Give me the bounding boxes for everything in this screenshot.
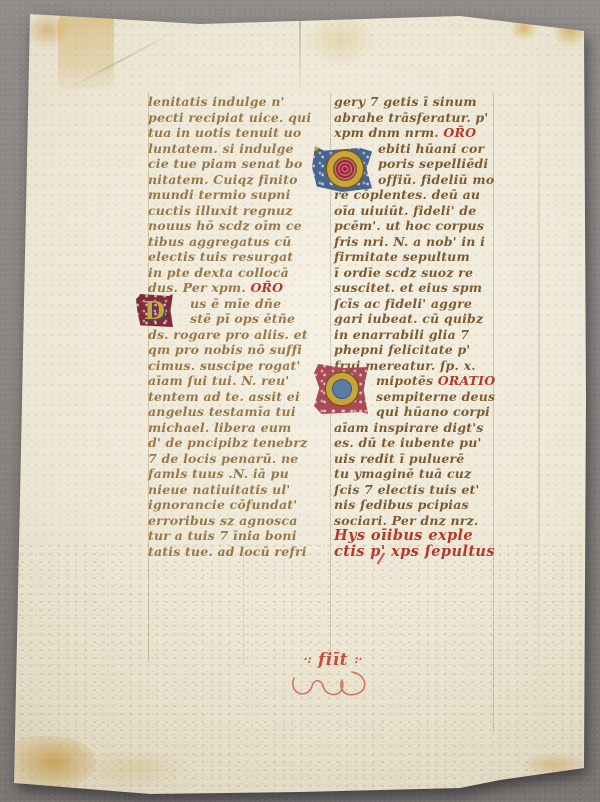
manuscript-line: michael. libera eum xyxy=(148,420,330,436)
manuscript-line: gery 7 getis ī sinum xyxy=(334,94,516,110)
body-text: cie tue piam senat bo xyxy=(148,156,303,171)
manuscript-line: mundi termio supni xyxy=(148,187,330,203)
manuscript-line: tentem ad te. assit ei xyxy=(148,389,330,405)
rubric-text: Hys oīibus exple xyxy=(334,527,473,544)
manuscript-line: d' de pncipibz tenebrz xyxy=(148,435,330,451)
body-text: erroribus sz agnosca xyxy=(148,513,298,528)
colophon-dots-left: ·: xyxy=(304,653,312,666)
body-text: ī ordīe scdz suoz re xyxy=(334,265,473,280)
initial-gold-roundel xyxy=(326,373,358,405)
illuminated-initial-d-left: D xyxy=(136,294,173,327)
body-text: mundi termio supni xyxy=(148,187,291,202)
body-text: sempiterne deus xyxy=(376,389,495,404)
body-text: d' de pncipibz tenebrz xyxy=(148,435,307,450)
rubric-text: OR̃O xyxy=(250,280,283,295)
manuscript-line: pecti recipiat uice. qui xyxy=(148,110,330,126)
manuscript-line: 7 de locis penarū. ne xyxy=(148,451,330,467)
manuscript-line: in pte dexta collocā xyxy=(148,265,330,281)
manuscript-line: aīam ſui tui. N. reu' xyxy=(148,373,330,389)
body-text: qui hūano corpi xyxy=(376,404,490,419)
body-text: xpm dnm nrm. xyxy=(334,125,443,140)
body-text: tatis tue. ad locū refri xyxy=(148,544,307,559)
body-text: qm pro nobis nō suffi xyxy=(148,342,302,357)
body-text: cuctis illuxit regnuz xyxy=(148,203,293,218)
body-text: ſcīs ac fideli' aggre xyxy=(334,296,472,311)
body-text: electis tuis resurgat xyxy=(148,249,293,264)
manuscript-line: erroribus sz agnosca xyxy=(148,513,330,529)
parchment-page: lenitatis indulge n'pecti recipiat uice.… xyxy=(0,0,600,802)
body-text: pecti recipiat uice. qui xyxy=(148,110,311,125)
body-text: in pte dexta collocā xyxy=(148,265,289,280)
illuminated-initial-o: O xyxy=(314,364,368,414)
manuscript-line: cuctis illuxit regnuz xyxy=(148,203,330,219)
rubric-text: ORATIO xyxy=(438,373,496,388)
body-text: gari iubeat. cū quibz xyxy=(334,311,483,326)
illuminated-initial-d-right: D xyxy=(312,146,372,192)
manuscript-line: gari iubeat. cū quibz xyxy=(334,311,516,327)
manuscript-line: ſcis 7 electis tuis et' xyxy=(334,482,516,498)
manuscript-line: tua in uotis tenuit uo xyxy=(148,125,330,141)
manuscript-line: aīam inspirare digt's xyxy=(334,420,516,436)
text-column-left: lenitatis indulge n'pecti recipiat uice.… xyxy=(148,94,330,559)
body-text: luntatem. si indulge xyxy=(148,141,294,156)
manuscript-line: abrahe trāsferatur. p' xyxy=(334,110,516,126)
manuscript-line: sociari. Per dnz nrz. xyxy=(334,513,516,529)
manuscript-line: qm pro nobis nō suffi xyxy=(148,342,330,358)
body-text: phepni felicitate p' xyxy=(334,342,470,357)
manuscript-line: oīa uiuiūt. fideli' de xyxy=(334,203,516,219)
body-text: ds. rogare pro aliis. et xyxy=(148,327,308,342)
body-text: angelus testamīa tui xyxy=(148,404,296,419)
manuscript-line: tibus aggregatus cū xyxy=(148,234,330,250)
manuscript-line: uis redit ī puluerē xyxy=(334,451,516,467)
body-text: suscitet. et eius spm xyxy=(334,280,482,295)
manuscript-line: tatis tue. ad locū refri xyxy=(148,544,330,560)
body-text: ebiti hūani cor xyxy=(378,141,484,156)
colophon-text: fiīt xyxy=(318,650,348,670)
body-text: michael. libera eum xyxy=(148,420,291,435)
body-text: lenitatis indulge n' xyxy=(148,94,285,109)
manuscript-line: dus. Per xpm. OR̃O xyxy=(148,280,330,296)
body-text: pcēm'. ut hoc corpus xyxy=(334,218,484,233)
manuscript-line: electis tuis resurgat xyxy=(148,249,330,265)
body-text: in enarrabili glia 7 xyxy=(334,327,469,342)
colophon-flourish-icon xyxy=(286,670,374,704)
initial-letter: D xyxy=(136,294,173,327)
body-text: nieue natiuitatis ul' xyxy=(148,482,290,497)
manuscript-line: lenitatis indulge n' xyxy=(148,94,330,110)
manuscript-line: stē pī ops ētñe xyxy=(148,311,330,327)
manuscript-line: nieue natiuitatis ul' xyxy=(148,482,330,498)
manuscript-line: suscitet. et eius spm xyxy=(334,280,516,296)
body-text: ſcis 7 electis tuis et' xyxy=(334,482,480,497)
body-text: ignorancie cōfundat' xyxy=(148,497,297,512)
body-text: stē pī ops ētñe xyxy=(190,311,295,326)
manuscript-line: angelus testamīa tui xyxy=(148,404,330,420)
manuscript-line: famls tuus .N. iā pu xyxy=(148,466,330,482)
body-text: aīam inspirare digt's xyxy=(334,420,484,435)
body-text: poris sepelliēdi xyxy=(378,156,488,171)
body-text: aīam ſui tui. N. reu' xyxy=(148,373,289,388)
body-text: uis redit ī puluerē xyxy=(334,451,464,466)
rubric-text: ctis p' xps ſepultus xyxy=(334,543,495,560)
manuscript-line: ctis p' xps ſepultus xyxy=(334,544,516,560)
manuscript-line: fris nri. N. a nob' in i xyxy=(334,234,516,250)
manuscript-line: Hys oīibus exple xyxy=(334,528,516,544)
body-text: tibus aggregatus cū xyxy=(148,234,291,249)
body-text: tur a tuis 7 īnia boni xyxy=(148,528,297,543)
body-text: oīa uiuiūt. fideli' de xyxy=(334,203,476,218)
body-text: famls tuus .N. iā pu xyxy=(148,466,289,481)
body-text: fris nri. N. a nob' in i xyxy=(334,234,485,249)
manuscript-line: in enarrabili glia 7 xyxy=(334,327,516,343)
photo-background: lenitatis indulge n'pecti recipiat uice.… xyxy=(0,0,600,802)
manuscript-line: phepni felicitate p' xyxy=(334,342,516,358)
body-text: nouus hō scdz oīm ce xyxy=(148,218,302,233)
manuscript-line: ſcīs ac fideli' aggre xyxy=(334,296,516,312)
body-text: offiū. fideliū mo xyxy=(378,172,494,187)
manuscript-leaf: lenitatis indulge n'pecti recipiat uice.… xyxy=(0,0,600,802)
manuscript-line: nouus hō scdz oīm ce xyxy=(148,218,330,234)
manuscript-line: nitatem. Cuiqz finito xyxy=(148,172,330,188)
body-text: nis ſedibus pcipias xyxy=(334,497,469,512)
body-text: cimus. suscipe rogat' xyxy=(148,358,301,373)
body-text: tua in uotis tenuit uo xyxy=(148,125,301,140)
body-text: tentem ad te. assit ei xyxy=(148,389,300,404)
body-text: sociari. Per dnz nrz. xyxy=(334,513,478,528)
body-text: nitatem. Cuiqz finito xyxy=(148,172,298,187)
body-text: mipotēs xyxy=(376,373,438,388)
colophon-finit: ·: fiīt :· xyxy=(268,650,398,670)
body-text: abrahe trāsferatur. p' xyxy=(334,110,488,125)
manuscript-line: tu ymaginē tuā cuz xyxy=(334,466,516,482)
manuscript-line: cimus. suscipe rogat' xyxy=(148,358,330,374)
manuscript-line: ds. rogare pro aliis. et xyxy=(148,327,330,343)
manuscript-line: pcēm'. ut hoc corpus xyxy=(334,218,516,234)
body-text: dus. Per xpm. xyxy=(148,280,250,295)
manuscript-line: tur a tuis 7 īnia boni xyxy=(148,528,330,544)
manuscript-line: firmitate sepultum xyxy=(334,249,516,265)
manuscript-line: ī ordīe scdz suoz re xyxy=(334,265,516,281)
body-text: 7 de locis penarū. ne xyxy=(148,451,298,466)
body-text: us ē mīe dñe xyxy=(190,296,281,311)
manuscript-line: cie tue piam senat bo xyxy=(148,156,330,172)
manuscript-line: es. dū te iubente pu' xyxy=(334,435,516,451)
colophon-dots-right: :· xyxy=(354,653,362,666)
initial-gold-roundel xyxy=(327,151,363,187)
manuscript-line: xpm dnm nrm. OR̃O xyxy=(334,125,516,141)
manuscript-line: ignorancie cōfundat' xyxy=(148,497,330,513)
manuscript-line: nis ſedibus pcipias xyxy=(334,497,516,513)
body-text: gery 7 getis ī sinum xyxy=(334,94,477,109)
body-text: firmitate sepultum xyxy=(334,249,470,264)
body-text: tu ymaginē tuā cuz xyxy=(334,466,471,481)
rubric-text: OR̃O xyxy=(443,125,476,140)
manuscript-line: us ē mīe dñe xyxy=(148,296,330,312)
body-text: es. dū te iubente pu' xyxy=(334,435,482,450)
manuscript-line: luntatem. si indulge xyxy=(148,141,330,157)
